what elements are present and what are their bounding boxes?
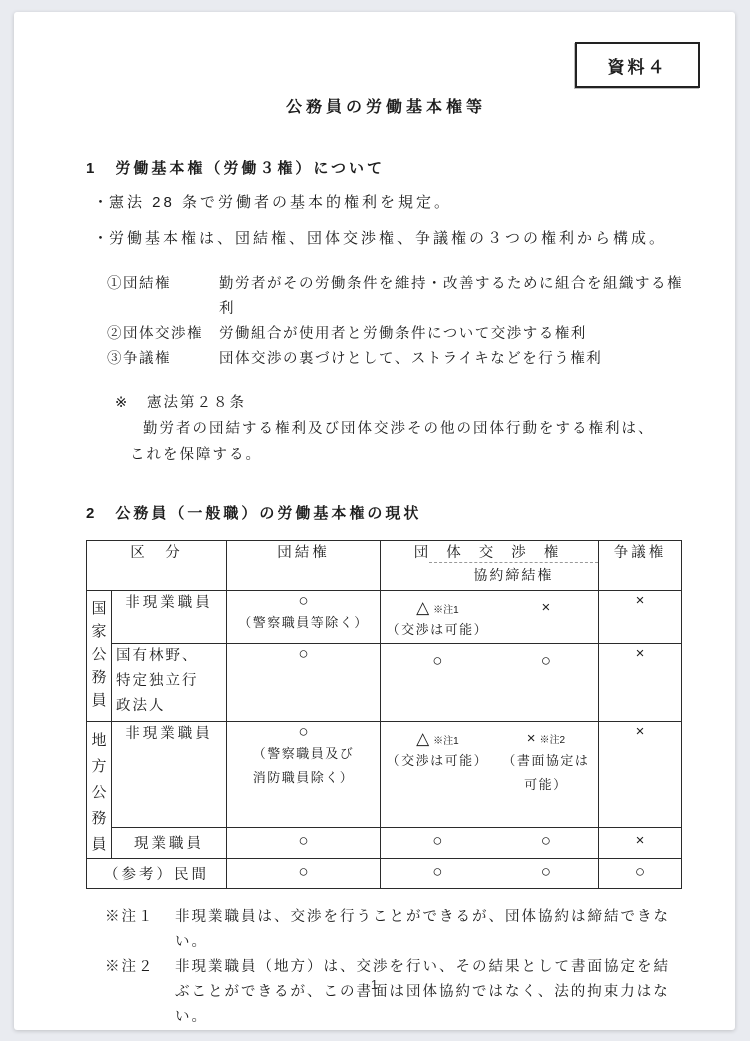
note-body-line: これを保障する。 — [130, 442, 686, 468]
table-row: 地方公務員 非現業職員 ○ （警察職員及び 消防職員除く） △ ※注1 — [87, 722, 682, 828]
sogiken-cell: × — [599, 644, 682, 722]
cell-note: 消防職員除く） — [227, 766, 380, 790]
definition-term: ②団体交渉権 — [107, 322, 219, 347]
footnote-text: 非現業職員は、交渉を行うことができるが、団体協約は締結できない。 — [175, 905, 680, 955]
koshoken-cell: ○ ○ — [381, 859, 599, 889]
bullet-icon: ・ — [93, 192, 109, 214]
footnote-item: ※注１ 非現業職員は、交渉を行うことができるが、団体協約は締結できない。 — [105, 905, 686, 955]
group-label-text: 地方公務員 — [92, 722, 107, 858]
table-row: （参考）民間 ○ ○ ○ ○ — [87, 859, 682, 889]
kyoyakuteiketsuken-label: 協約締結権 — [429, 562, 598, 585]
mark-cross: × — [636, 645, 645, 662]
footnote-item: ※注２ 非現業職員（地方）は、交渉を行い、その結果として書面協定を結ぶことができ… — [105, 955, 686, 1030]
document-title: 公務員の労働基本権等 — [86, 94, 686, 117]
sogiken-cell: × — [599, 722, 682, 828]
mark-circle: ○ — [541, 651, 551, 670]
footnote-ref: ※注1 — [433, 605, 459, 616]
definition-desc: 労働組合が使用者と労働条件について交渉する権利 — [219, 322, 587, 347]
mark-circle: ○ — [432, 831, 442, 850]
group-label-text: 国家公務員 — [92, 591, 107, 712]
table-header-row: 区 分 団結権 団 体 交 渉 権 協約締結権 争議権 — [87, 541, 682, 591]
agreement-subcell: × ※注2 （書面協定は 可能） — [494, 722, 598, 797]
category-line: 政法人 — [116, 694, 226, 719]
sogiken-cell: × — [599, 591, 682, 644]
mark-circle: ○ — [635, 862, 645, 881]
definitions-list: ①団結権 勤労者がその労働条件を維持・改善するために組合を組織する権利 ②団体交… — [107, 272, 686, 372]
cell-note: （交渉は可能） — [381, 749, 494, 773]
mark-circle: ○ — [432, 651, 442, 670]
koshoken-cell: ○ ○ — [381, 827, 599, 858]
mark-circle: ○ — [227, 722, 380, 742]
mark-triangle: △ — [416, 598, 429, 617]
mark-triangle: △ — [416, 729, 429, 748]
agreement-subcell: ○ — [494, 828, 598, 851]
agreement-subcell: ○ — [494, 644, 598, 671]
cell-note: （交渉は可能） — [381, 618, 494, 642]
definition-term: ①団結権 — [107, 272, 219, 322]
table-row: 現業職員 ○ ○ ○ × — [87, 827, 682, 858]
agreement-subcell: ○ — [494, 859, 598, 882]
koshoken-cell: △ ※注1 （交渉は可能） × — [381, 591, 599, 644]
danketsuken-cell: ○ （警察職員及び 消防職員除く） — [227, 722, 381, 828]
definition-term: ③争議権 — [107, 347, 219, 372]
bullet-item: ・ 労働基本権は、団結権、団体交渉権、争議権の３つの権利から構成。 — [93, 228, 686, 250]
definition-desc: 勤労者がその労働条件を維持・改善するために組合を組織する権利 — [219, 272, 686, 322]
col-header-category: 区 分 — [87, 541, 227, 591]
footnotes-block: ※注１ 非現業職員は、交渉を行うことができるが、団体協約は締結できない。 ※注２… — [105, 905, 686, 1030]
danketsuken-cell: ○ — [227, 644, 381, 722]
category-cell: 現業職員 — [112, 827, 227, 858]
mark-circle: ○ — [541, 831, 551, 850]
koshoken-cell: ○ ○ — [381, 644, 599, 722]
sogiken-cell: × — [599, 827, 682, 858]
definition-item: ①団結権 勤労者がその労働条件を維持・改善するために組合を組織する権利 — [107, 272, 686, 322]
mark-circle: ○ — [432, 862, 442, 881]
category-line: 国有林野、 — [116, 644, 226, 669]
category-line: 特定独立行 — [116, 669, 226, 694]
category-cell: 非現業職員 — [112, 722, 227, 828]
cell-note: （書面協定は — [494, 749, 598, 773]
group-label-local: 地方公務員 — [87, 722, 112, 859]
category-cell: 国有林野、 特定独立行 政法人 — [112, 644, 227, 722]
category-cell: 非現業職員 — [112, 591, 227, 644]
agreement-subcell: × — [494, 591, 598, 642]
negotiation-subcell: △ ※注1 （交渉は可能） — [381, 591, 494, 642]
section1-heading: 1 労働基本権（労働３権）について — [86, 157, 686, 178]
danketsuken-cell: ○ （警察職員等除く） — [227, 591, 381, 644]
bullet-text: 労働基本権は、団結権、団体交渉権、争議権の３つの権利から構成。 — [109, 228, 667, 250]
col-header-dantaikoshoken: 団 体 交 渉 権 協約締結権 — [381, 541, 599, 591]
mark-cross: × — [636, 592, 645, 609]
col-header-sogiken: 争議権 — [599, 541, 682, 591]
cell-note: （警察職員等除く） — [227, 611, 380, 635]
definition-desc: 団体交渉の裏づけとして、ストライキなどを行う権利 — [219, 347, 602, 372]
page-sheet: 資料４ 公務員の労働基本権等 1 労働基本権（労働３権）について ・ 憲法 28… — [14, 12, 735, 1030]
category-cell: （参考）民間 — [87, 859, 227, 889]
section2-heading: 2 公務員（一般職）の労働基本権の現状 — [86, 502, 686, 523]
bullet-icon: ・ — [93, 228, 109, 250]
note-marker: ※ — [115, 390, 147, 416]
footnote-label: ※注１ — [105, 905, 175, 955]
definition-item: ③争議権 団体交渉の裏づけとして、ストライキなどを行う権利 — [107, 347, 686, 372]
footnote-text: 非現業職員（地方）は、交渉を行い、その結果として書面協定を結ぶことができるが、こ… — [175, 955, 680, 1030]
constitution-note: ※ 憲法第２８条 勤労者の団結する権利及び団体交渉その他の団体行動をする権利は、… — [86, 390, 686, 468]
mark-cross: × — [542, 599, 551, 616]
dantaikoshoken-label: 団 体 交 渉 権 — [381, 541, 598, 562]
mark-cross: × — [636, 832, 645, 849]
negotiation-subcell: ○ — [381, 644, 494, 671]
cell-note: （警察職員及び — [227, 742, 380, 766]
bullet-item: ・ 憲法 28 条で労働者の基本的権利を規定。 — [93, 192, 686, 214]
mark-circle: ○ — [298, 644, 308, 663]
danketsuken-cell: ○ — [227, 827, 381, 858]
document-number-badge: 資料４ — [575, 42, 700, 88]
group-label-national: 国家公務員 — [87, 591, 112, 722]
labor-rights-table: 区 分 団結権 団 体 交 渉 権 協約締結権 争議権 国家公務員 非現業職員 … — [86, 540, 682, 889]
document-number-label: 資料４ — [608, 53, 668, 78]
footnote-ref: ※注2 — [539, 735, 565, 746]
definition-item: ②団体交渉権 労働組合が使用者と労働条件について交渉する権利 — [107, 322, 686, 347]
note-body-line: 勤労者の団結する権利及び団体交渉その他の団体行動をする権利は、 — [143, 416, 686, 442]
constitution-note-heading: ※ 憲法第２８条 — [115, 390, 686, 416]
table-row: 国有林野、 特定独立行 政法人 ○ ○ ○ — [87, 644, 682, 722]
document-canvas: 資料４ 公務員の労働基本権等 1 労働基本権（労働３権）について ・ 憲法 28… — [0, 0, 750, 1041]
mark-circle: ○ — [298, 862, 308, 881]
page-number: 1 — [14, 977, 735, 992]
cell-note: 可能） — [494, 773, 598, 797]
mark-cross: × — [527, 730, 536, 747]
negotiation-subcell: △ ※注1 （交渉は可能） — [381, 722, 494, 797]
mark-circle: ○ — [298, 831, 308, 850]
negotiation-subcell: ○ — [381, 859, 494, 882]
col-header-danketsuken: 団結権 — [227, 541, 381, 591]
footnote-ref: ※注1 — [433, 736, 459, 747]
footnote-label: ※注２ — [105, 955, 175, 1030]
sogiken-cell: ○ — [599, 859, 682, 889]
koshoken-cell: △ ※注1 （交渉は可能） × ※注2 （書面協定は 可能） — [381, 722, 599, 828]
mark-circle: ○ — [227, 591, 380, 611]
mark-circle: ○ — [541, 862, 551, 881]
bullet-text: 憲法 28 条で労働者の基本的権利を規定。 — [109, 192, 452, 214]
mark-cross: × — [636, 723, 645, 740]
note-title: 憲法第２８条 — [147, 390, 246, 416]
table-row: 国家公務員 非現業職員 ○ （警察職員等除く） △ ※注1 （交渉は可能 — [87, 591, 682, 644]
negotiation-subcell: ○ — [381, 828, 494, 851]
danketsuken-cell: ○ — [227, 859, 381, 889]
